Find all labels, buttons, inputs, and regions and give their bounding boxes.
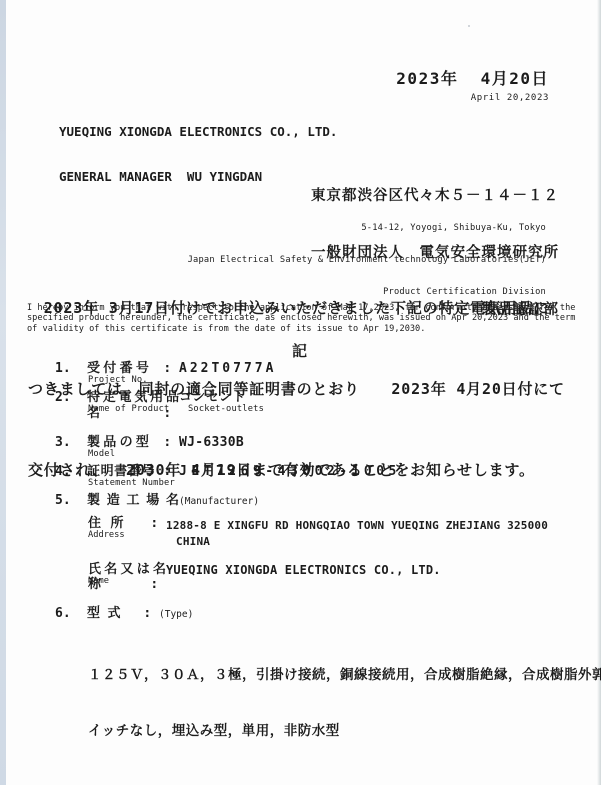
- item-number: 2.: [55, 390, 87, 406]
- manufacturer-details: 住所 1288-8 E XINGFU RD HONGQIAO TOWN YUEQ…: [88, 516, 590, 592]
- ki-heading: 記: [0, 340, 601, 361]
- item-number: 5.: [55, 493, 87, 509]
- scan-speck: [468, 25, 470, 27]
- item-label-en: (Type): [159, 609, 193, 620]
- item-label-jp: 型式: [87, 606, 159, 622]
- address-line-2: CHINA: [166, 534, 548, 549]
- recipient-manager: GENERAL MANAGER WU YINGDAN: [59, 169, 337, 184]
- item-label-jp: 製造工場名: [87, 493, 179, 509]
- issue-date-en: April 20,2023: [396, 93, 549, 103]
- issue-date-jp: 2023年 4月20日: [396, 66, 549, 89]
- item-product-name: 2.特定電気用品名コンセント Name of Product Socket-ou…: [55, 390, 590, 422]
- product-name-value-en: Socket-outlets: [188, 404, 264, 414]
- item-manufacturer: 5.製造工場名(Manufacturer) 住所 1288-8 E XINGFU…: [55, 493, 590, 592]
- item-number: 6.: [55, 606, 87, 622]
- scan-edge-left: [0, 0, 6, 785]
- item-label-en: Name of Product: [88, 404, 169, 414]
- notice-en-line-3: of validity of this certificate is from …: [27, 324, 592, 334]
- statement-number-value: JET7269-43002-1005: [179, 464, 401, 479]
- address-line-1: 1288-8 E XINGFU RD HONGQIAO TOWN YUEQING…: [166, 519, 548, 532]
- manufacturer-address-row: 住所 1288-8 E XINGFU RD HONGQIAO TOWN YUEQ…: [88, 516, 590, 549]
- notice-en-line-2: specified product hereunder, the certifi…: [27, 313, 592, 323]
- manufacturer-address-value: 1288-8 E XINGFU RD HONGQIAO TOWN YUEQING…: [166, 516, 548, 549]
- items-list: 1.受付番号A22T0777A Project No. 2.特定電気用品名コンセ…: [55, 361, 590, 785]
- item-label-en: Project No.: [88, 375, 148, 385]
- issue-date-block: 2023年 4月20日 April 20,2023: [396, 66, 549, 103]
- manufacturer-name-row: 氏名又は名称 YUEQING XIONGDA ELECTRONICS CO., …: [88, 562, 590, 592]
- recipient-company: YUEQING XIONGDA ELECTRONICS CO., LTD.: [59, 124, 337, 139]
- issuer-address-en: 5-14-12, Yoyogi, Shibuya-Ku, Tokyo: [188, 223, 546, 234]
- item-number: 3.: [55, 435, 87, 451]
- manufacturer-name-value: YUEQING XIONGDA ELECTRONICS CO., LTD.: [166, 562, 441, 592]
- name-label-en: Name: [88, 574, 109, 589]
- item-statement-number: 4.証明書番号JET7269-43002-1005 Statement Numb…: [55, 464, 590, 480]
- type-desc-line-2: イッチなし，埋込み型，単用，非防水型: [88, 722, 590, 741]
- item-label-en: Statement Number: [88, 478, 175, 488]
- model-value: WJ-6330B: [179, 435, 244, 450]
- item-label-en: (Manufacturer): [179, 496, 259, 507]
- recipient-block: YUEQING XIONGDA ELECTRONICS CO., LTD. GE…: [59, 94, 337, 214]
- item-number: 4.: [55, 464, 87, 480]
- type-description: １２５Ｖ，３０Ａ，３極，引掛け接続，銅線接続用，合成樹脂絶縁，合成樹脂外郭，ス …: [88, 629, 590, 777]
- certificate-page: 2023年 4月20日 April 20,2023 YUEQING XIONGD…: [0, 0, 601, 785]
- item-label-en: Model: [88, 449, 115, 459]
- address-label-en: Address: [88, 528, 125, 543]
- type-desc-line-1: １２５Ｖ，３０Ａ，３極，引掛け接続，銅線接続用，合成樹脂絶縁，合成樹脂外郭，ス: [88, 666, 590, 685]
- item-number: 1.: [55, 361, 87, 377]
- notice-body-en: I hereby inform you that with respect to…: [27, 303, 592, 334]
- project-no-value: A22T0777A: [179, 361, 276, 376]
- product-name-value: コンセント: [179, 390, 246, 405]
- item-model: 3.製品の型WJ-6330B Model: [55, 435, 590, 451]
- item-project-no: 1.受付番号A22T0777A Project No.: [55, 361, 590, 377]
- notice-en-line-1: I hereby inform you that with respect to…: [27, 303, 592, 313]
- item-type: 6.型式(Type) １２５Ｖ，３０Ａ，３極，引掛け接続，銅線接続用，合成樹脂絶…: [55, 606, 590, 777]
